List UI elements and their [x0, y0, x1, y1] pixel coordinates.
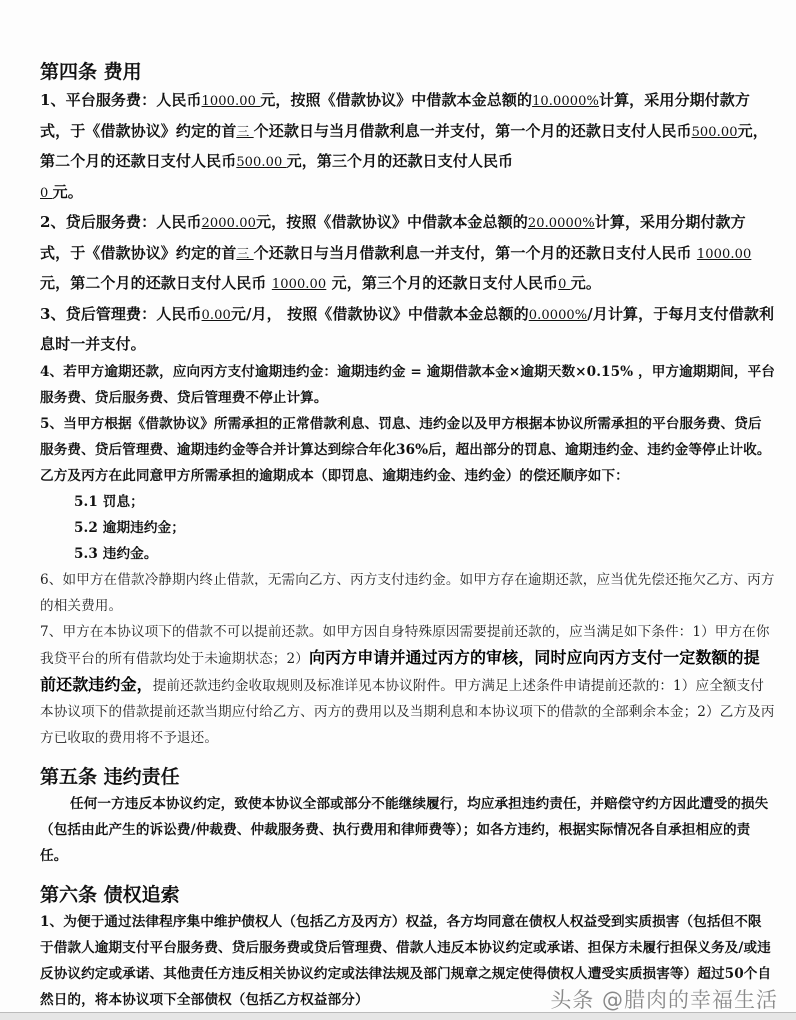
article5-heading: 第五条 违约责任 — [40, 763, 775, 791]
post-loan-service-fee-amount: 2000.00 — [202, 216, 256, 231]
article4-item5: 5、当甲方根据《借款协议》所需承担的正常借款利息、罚息、违约金以及甲方根据本协议… — [40, 411, 775, 489]
management-fee-amount: 0.00 — [202, 308, 231, 323]
post-loan-service-fee-rate: 20.0000% — [528, 216, 595, 231]
article4-item2: 2、贷后服务费：人民币2000.00元，按照《借款协议》中借款本金总额的20.0… — [40, 208, 775, 300]
article4-item4: 4、若甲方逾期还款，应向丙方支付逾期违约金：逾期违约金 = 逾期借款本金×逾期天… — [40, 359, 775, 411]
article4-item1: 1、平台服务费：人民币1000.00 元，按照《借款协议》中借款本金总额的10.… — [40, 86, 775, 208]
article5-body: 任何一方违反本协议约定，致使本协议全部或部分不能继续履行，均应承担违约责任，并赔… — [40, 791, 775, 869]
repayment-order-item: 5.3 违约金。 — [40, 541, 775, 567]
management-fee-rate: 0.0000% — [529, 308, 588, 323]
article4-item3: 3、贷后管理费：人民币0.00元/月， 按照《借款协议》中借款本金总额的0.00… — [40, 300, 775, 359]
contract-page: 第四条 费用 1、平台服务费：人民币1000.00 元，按照《借款协议》中借款本… — [40, 58, 775, 1013]
article4-item7: 7、甲方在本协议项下的借款不可以提前还款。如甲方因自身特殊原因需要提前还款的，应… — [40, 619, 775, 751]
watermark: 头条 @腊肉的幸福生活 — [550, 984, 778, 1014]
article4-item6: 6、如甲方在借款冷静期内终止借款，无需向乙方、丙方支付违约金。如甲方存在逾期还款… — [40, 567, 775, 619]
article4-heading: 第四条 费用 — [40, 58, 775, 86]
article6-heading: 第六条 债权追索 — [40, 881, 775, 909]
repayment-order-item: 5.1 罚息； — [40, 489, 775, 515]
platform-fee-rate: 10.0000% — [532, 94, 599, 109]
toolbar-strip — [0, 1012, 796, 1020]
platform-fee-amount: 1000.00 — [202, 94, 261, 109]
repayment-order-item: 5.2 逾期违约金； — [40, 515, 775, 541]
